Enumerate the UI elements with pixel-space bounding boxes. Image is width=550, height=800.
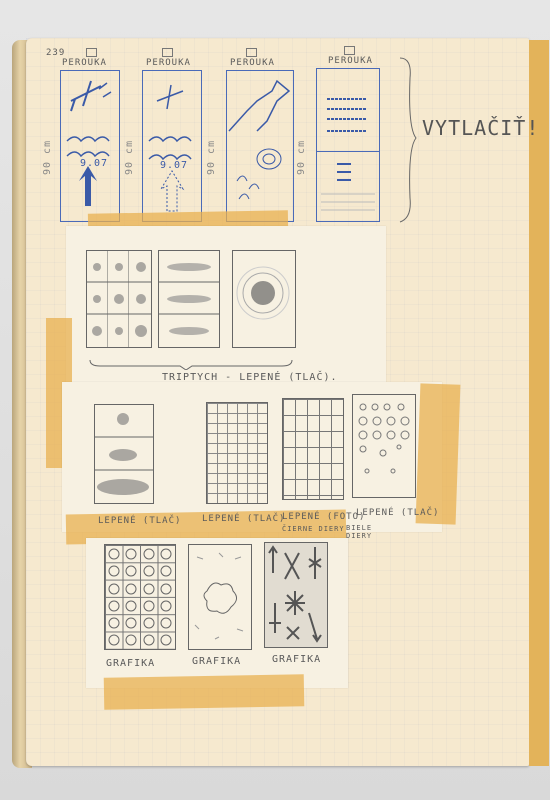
dimension-label-3: 90 cm <box>206 140 217 175</box>
map-contour-icon <box>227 71 293 221</box>
sketch-map-panel <box>226 70 294 222</box>
caption-grafika-3: GRAFIKA <box>272 654 321 665</box>
dotted-arrow-icon <box>143 71 201 221</box>
dimension-label-1: 90 cm <box>42 140 53 175</box>
caption-grafika-2: GRAFIKA <box>192 656 241 667</box>
caption-lepene-2: LEPENÉ (TLAČ) <box>202 514 285 524</box>
date-label-2: 9.07 <box>160 160 188 171</box>
checkbox-icon <box>344 46 355 55</box>
label-perouka-4: PEROUKA <box>328 56 373 66</box>
panel-divider <box>317 151 379 152</box>
asterisk-arrows-icon <box>265 543 327 647</box>
sketch-fine-grid-panel <box>206 402 268 504</box>
sketch-organic-panel <box>188 544 252 650</box>
sketch-spiral-panel <box>232 250 296 348</box>
tape-strip <box>104 674 305 709</box>
checkbox-icon <box>86 48 97 57</box>
sketch-asterisk-panel <box>264 542 328 648</box>
sketch-text-panel <box>316 68 380 222</box>
checkbox-icon <box>162 48 173 57</box>
page-number: 239 <box>46 48 65 58</box>
sketch-airplane-dotted-panel <box>142 70 202 222</box>
bracket-icon <box>88 358 298 370</box>
curly-brace-icon <box>396 56 420 226</box>
airplane-icon <box>61 71 119 221</box>
sketch-three-strip-panel <box>158 250 220 348</box>
organic-shape-icon <box>189 545 251 649</box>
spiral-icon <box>233 251 295 347</box>
label-perouka-2: PEROUKA <box>146 58 191 68</box>
blob-icon <box>95 405 153 503</box>
sketch-airplane-panel <box>60 70 120 222</box>
caption-lepene-foto: LEPENÉ (FOTO) <box>282 512 365 522</box>
dimension-label-2: 90 cm <box>124 140 135 175</box>
sketch-circles-panel <box>352 394 416 498</box>
dimension-label-4: 90 cm <box>296 140 307 175</box>
caption-lepene-4: LEPENÉ (TLAČ) <box>356 508 439 518</box>
sketch-grid-nine-panel <box>86 250 152 348</box>
tape-strip <box>416 383 461 524</box>
note-cierne-diery: ČIERNE DIERY <box>282 525 345 533</box>
sketch-circle-grid-panel <box>104 544 176 650</box>
dot-pattern-icon <box>87 251 151 347</box>
caption-lepene-1: LEPENÉ (TLAČ) <box>98 516 181 526</box>
note-biele-diery: BIELE DIERY <box>346 524 376 540</box>
spine-tape <box>529 40 549 766</box>
scribble-text-icon <box>317 69 379 219</box>
smear-icon <box>159 251 219 347</box>
caption-grafika-1: GRAFIKA <box>106 658 155 669</box>
checkbox-icon <box>246 48 257 57</box>
date-label-1: 9.07 <box>80 158 108 169</box>
circles-icon <box>353 395 415 497</box>
sketch-three-blob-panel <box>94 404 154 504</box>
sketch-hatched-grid-panel <box>282 398 344 500</box>
label-perouka-1: PEROUKA <box>62 58 107 68</box>
label-perouka-3: PEROUKA <box>230 58 275 68</box>
vytlacit-note: VYTLAČIŤ! <box>422 116 539 140</box>
circle-grid-icon <box>105 545 175 649</box>
